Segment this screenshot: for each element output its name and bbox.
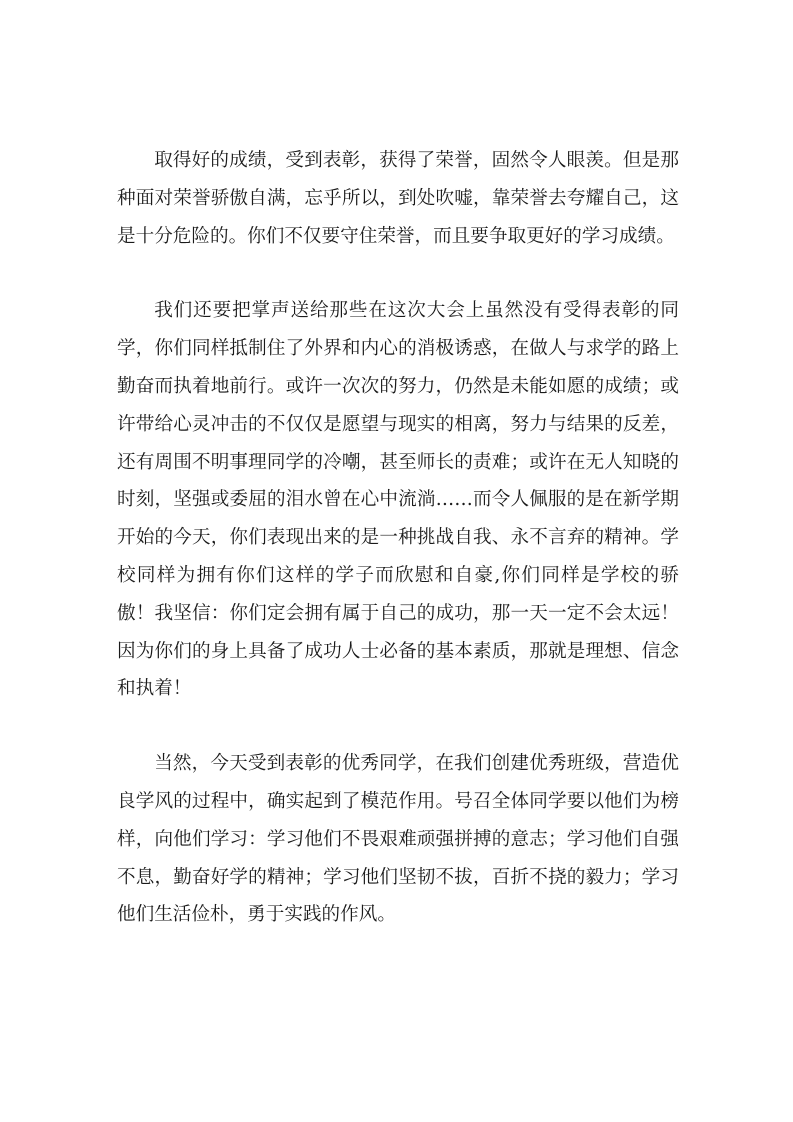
paragraph-encouragement: 我们还要把掌声送给那些在这次大会上虽然没有受得表彰的同学，你们同样抵制住了外界和…	[117, 292, 679, 708]
paragraph-role-models: 当然，今天受到表彰的优秀同学，在我们创建优秀班级，营造优良学风的过程中，确实起到…	[117, 745, 679, 934]
paragraph-honor-warning: 取得好的成绩，受到表彰，获得了荣誉，固然令人眼羡。但是那种面对荣誉骄傲自满，忘乎…	[117, 142, 679, 255]
document-page: 取得好的成绩，受到表彰，获得了荣誉，固然令人眼羡。但是那种面对荣誉骄傲自满，忘乎…	[117, 142, 679, 934]
